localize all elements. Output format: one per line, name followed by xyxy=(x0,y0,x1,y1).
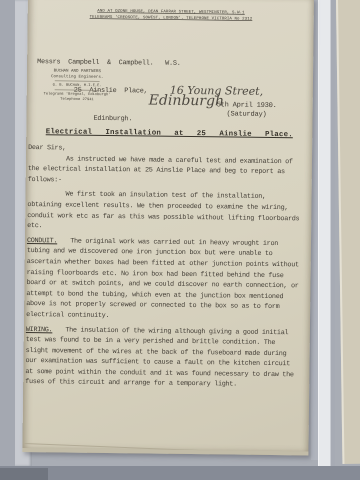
paragraph-conduit: CONDUIT.The original work was carried ou… xyxy=(26,236,300,324)
wiring-label: WIRING. xyxy=(26,325,53,333)
white-divider-strip xyxy=(318,0,331,480)
firm-role: Consulting Engineers. xyxy=(35,74,120,80)
table-shadow-corner xyxy=(0,468,48,480)
archive-photo: AND AT OZONE HOUSE, DEAN FARRAR STREET, … xyxy=(0,0,360,480)
paragraph-insulation-test: We first took an insulation test of the … xyxy=(27,189,300,235)
dateline-date: 5th April 1930. xyxy=(217,101,277,110)
dateline-day: (Saturday) xyxy=(226,110,266,118)
dateline-city: Edinburgh xyxy=(149,92,225,109)
document-page: AND AT OZONE HOUSE, DEAN FARRAR STREET, … xyxy=(22,0,314,455)
firm-letterhead: BUCHAN AND PARTNERS Consulting Engineers… xyxy=(35,68,120,103)
paragraph-intro: As instructed we have made a careful tes… xyxy=(28,154,301,189)
firm-telephone: Telephone 27941 xyxy=(35,96,120,102)
page-bottom-edge xyxy=(22,448,308,455)
addressee-line-3: Edinburgh. xyxy=(36,114,180,125)
divider-gap-line xyxy=(331,0,335,480)
wiring-text: The insulation of the wiring although gi… xyxy=(25,326,294,389)
table-surface-bottom xyxy=(0,466,360,480)
london-office-header: AND AT OZONE HOUSE, DEAN FARRAR STREET, … xyxy=(28,7,314,31)
conduit-label: CONDUIT. xyxy=(27,237,57,245)
london-contact-line: TELEGRAMS 'CREOSOTE, SOWEST, LONDON'. TE… xyxy=(89,14,252,22)
letter-body: Dear Sirs, As instructed we have made a … xyxy=(25,143,301,395)
conduit-text: The original work was carried out in hea… xyxy=(26,237,299,320)
paragraph-wiring: WIRING.The insulation of the wiring alth… xyxy=(25,324,299,391)
firm-principal: G. B. BUCHAN, M.I.E.E. xyxy=(35,82,120,88)
adjacent-page-right xyxy=(336,0,360,464)
